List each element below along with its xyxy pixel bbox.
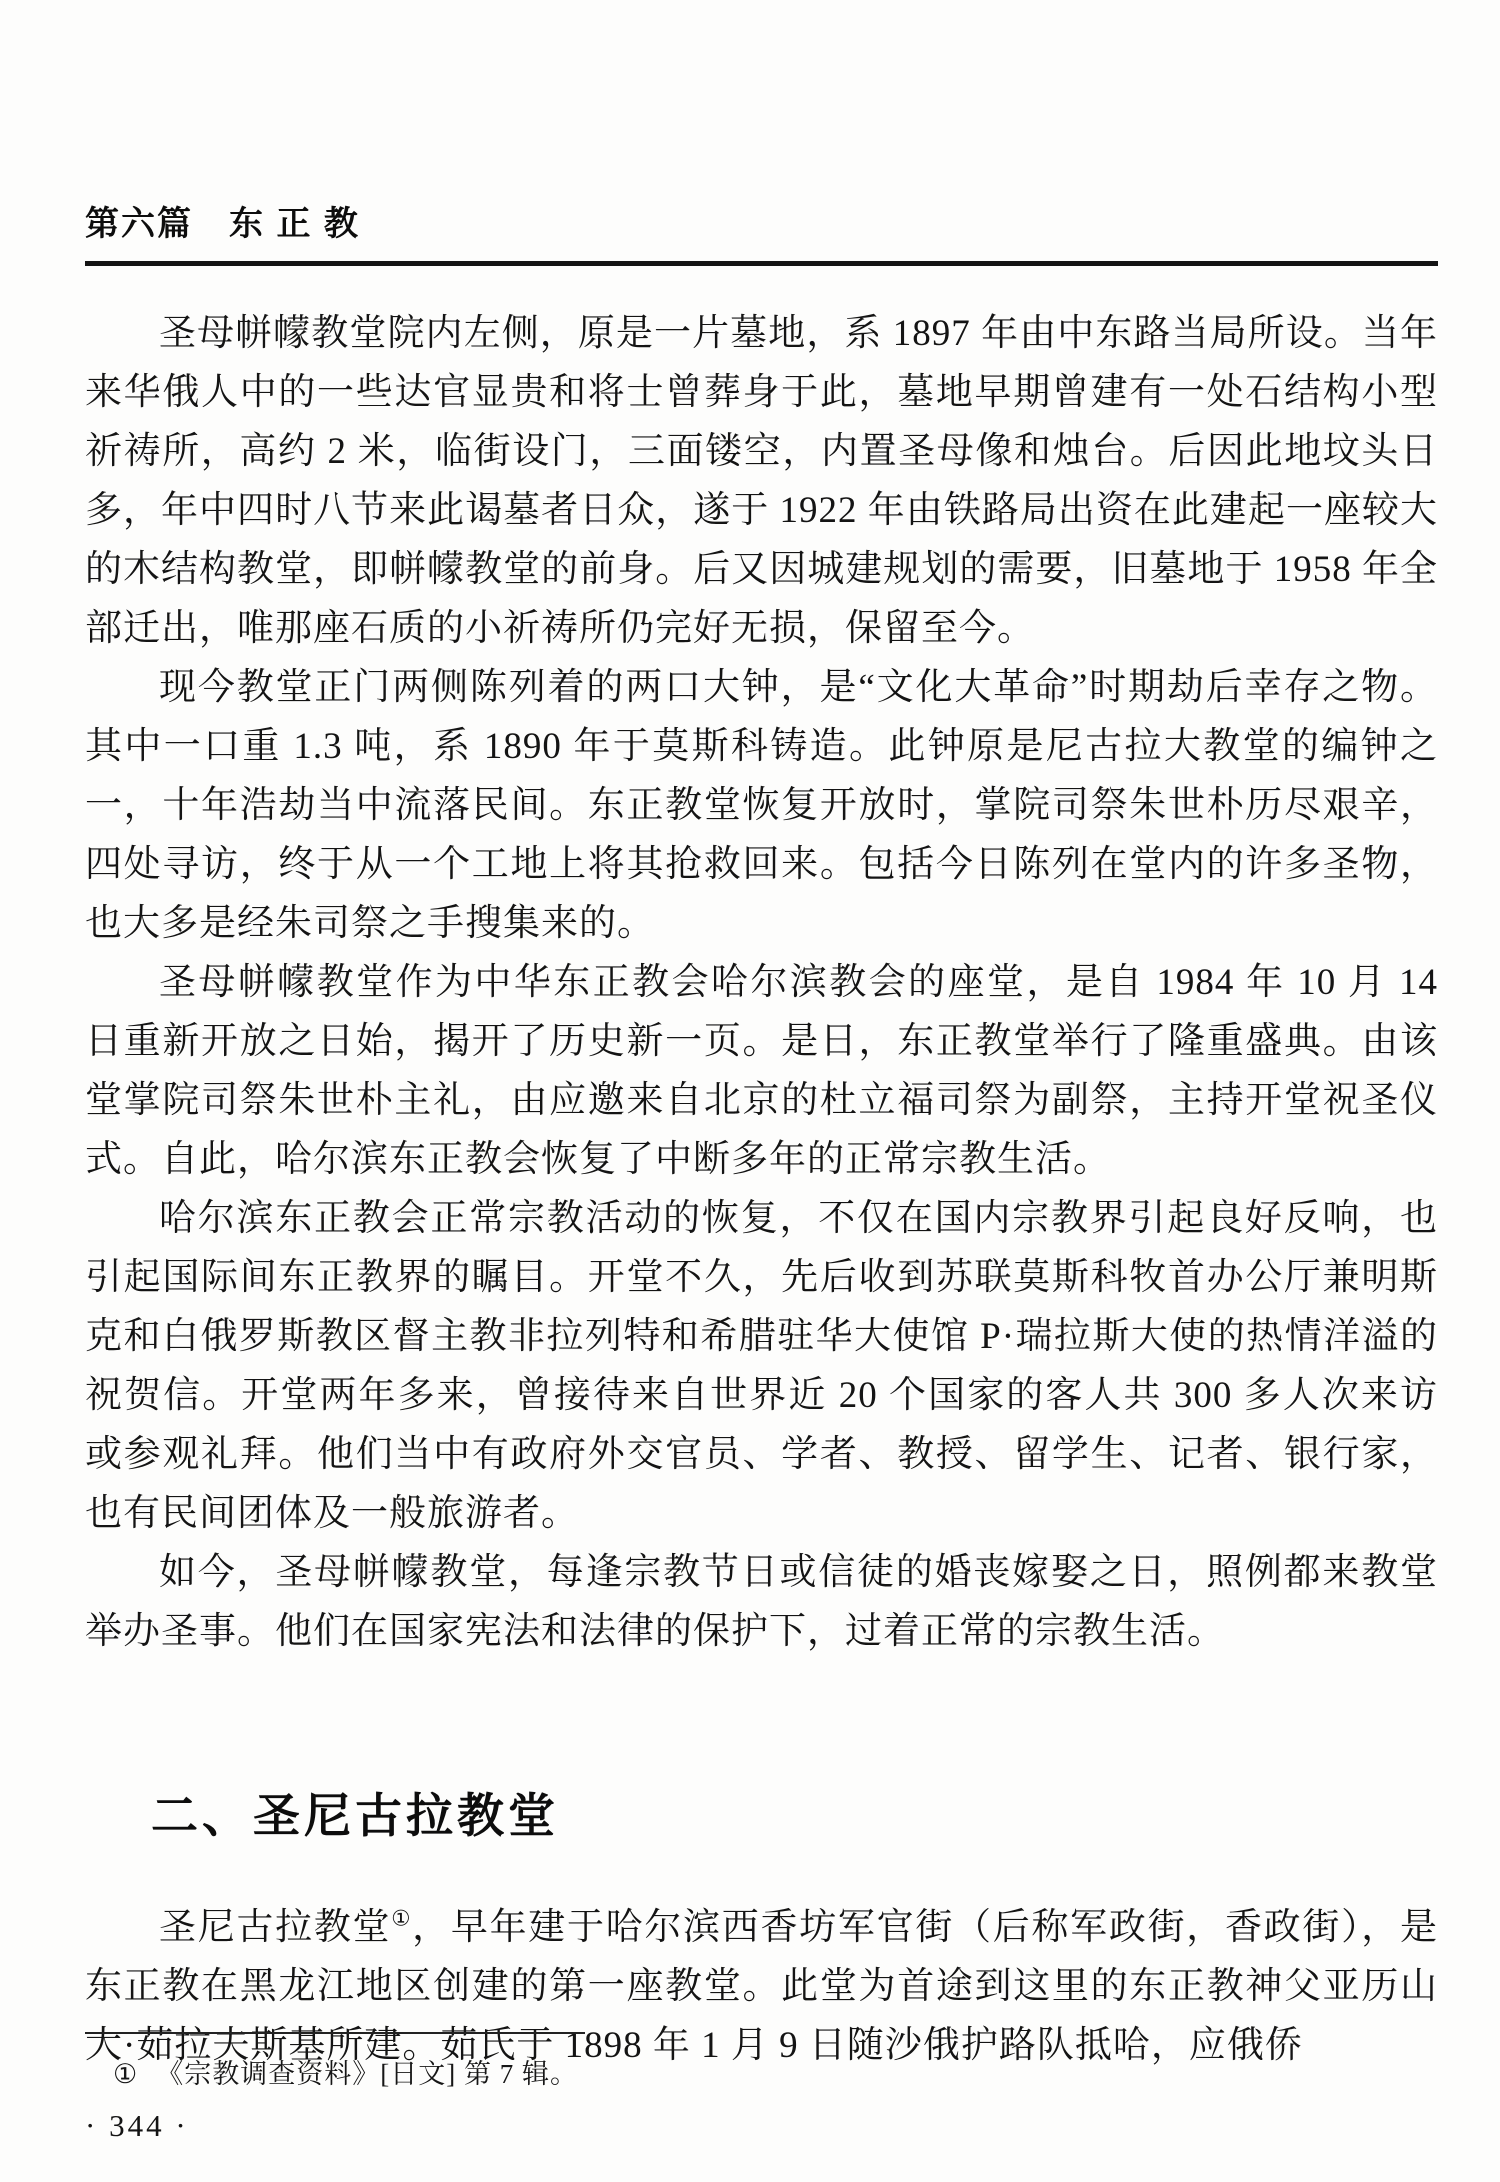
paragraph-4: 哈尔滨东正教会正常宗教活动的恢复，不仅在国内宗教界引起良好反响，也引起国际间东正… xyxy=(85,1189,1438,1543)
footnote-block: ①《宗教调查资料》[日文] 第 7 辑。 xyxy=(85,2032,1438,2091)
book-page: 第六篇 东 正 教 圣母帡幪教堂院内左侧，原是一片墓地，系 1897 年由中东路… xyxy=(0,0,1500,2182)
page-body: 圣母帡幪教堂院内左侧，原是一片墓地，系 1897 年由中东路当局所设。当年来华俄… xyxy=(85,304,1438,2075)
footnote-ref-mark: ① xyxy=(391,1907,412,1931)
paragraph-1: 圣母帡幪教堂院内左侧，原是一片墓地，系 1897 年由中东路当局所设。当年来华俄… xyxy=(85,304,1438,658)
page-number: · 344 · xyxy=(85,2108,189,2144)
paragraph-5: 如今，圣母帡幪教堂，每逢宗教节日或信徒的婚丧嫁娶之日，照例都来教堂举办圣事。他们… xyxy=(85,1543,1438,1661)
paragraph-6-lead: 圣尼古拉教堂 xyxy=(159,1907,391,1948)
footnote-divider xyxy=(85,2032,585,2034)
paragraph-3: 圣母帡幪教堂作为中华东正教会哈尔滨教会的座堂，是自 1984 年 10 月 14… xyxy=(85,953,1438,1189)
footnote-marker: ① xyxy=(113,2059,138,2089)
footnote: ①《宗教调查资料》[日文] 第 7 辑。 xyxy=(85,2052,1438,2091)
header-rule xyxy=(85,261,1438,266)
section-heading: 二、圣尼古拉教堂 xyxy=(151,1779,1438,1846)
footnote-text: 《宗教调查资料》[日文] 第 7 辑。 xyxy=(156,2059,578,2089)
paragraph-2: 现今教堂正门两侧陈列着的两口大钟，是“文化大革命”时期劫后幸存之物。其中一口重 … xyxy=(85,658,1438,953)
running-header: 第六篇 东 正 教 xyxy=(85,196,1438,261)
